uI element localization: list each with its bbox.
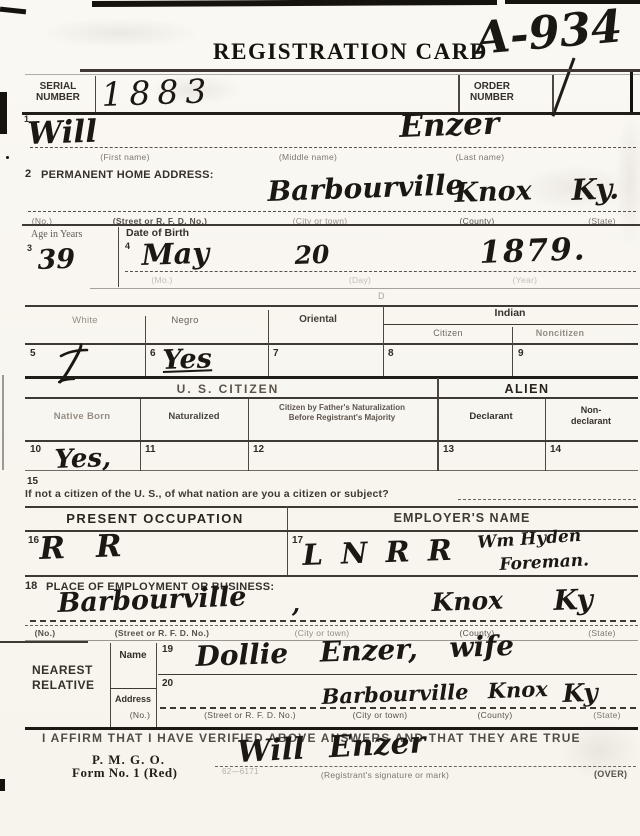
race-table-bottom-rule	[25, 376, 638, 379]
employment-separator-handwriting: ,	[291, 592, 300, 616]
scan-artifact-top-left-mark	[0, 7, 26, 15]
registrant-signature-handwriting: Will Enzer	[236, 728, 426, 768]
paper-smudge	[40, 18, 200, 48]
employment-street-label: (Street or R. F. D. No.)	[115, 629, 210, 638]
employment-writing-line-1	[30, 620, 636, 622]
rule-under-age-row	[90, 288, 640, 289]
nation-question-writing-line	[458, 499, 636, 500]
relative-cell-19-number: 19	[162, 645, 173, 655]
citizenship-header-underline	[25, 397, 638, 399]
race-cell-7-number: 7	[273, 349, 279, 359]
oriental-column-header: Oriental	[299, 314, 337, 325]
birth-year-handwriting: 1879.	[479, 234, 587, 269]
home-address-county-handwriting: Knox	[454, 177, 532, 207]
native-born-cell-handwriting: Yes,	[54, 445, 111, 473]
negro-column-header: Negro	[171, 316, 198, 326]
page-title: REGISTRATION CARD	[213, 39, 488, 64]
nation-question-text: If not a citizen of the U. S., of what n…	[25, 489, 389, 501]
employer-note-name-handwriting: Wm Hyden	[477, 528, 582, 552]
scan-artifact-left-line	[2, 375, 4, 470]
indian-noncitizen-header: Noncitizen	[536, 329, 585, 338]
rule-under-title	[80, 69, 640, 72]
scan-artifact-dot	[6, 156, 9, 159]
citizenship-cell-14-number: 14	[550, 445, 561, 455]
scan-artifact-right-line	[630, 72, 633, 114]
citizenship-divider-2	[248, 399, 249, 471]
relative-cell-20-number: 20	[162, 679, 173, 689]
relative-city-label: (City or town)	[353, 711, 408, 720]
relative-address-handwriting: Barbourville Knox	[321, 678, 548, 707]
form-number-label: Form No. 1 (Red)	[72, 766, 177, 780]
serial-number-value: 1883	[101, 74, 214, 111]
age-in-years-label: Age in Years	[31, 229, 82, 240]
us-citizen-header: U. S. CITIZEN	[177, 383, 280, 396]
serial-box-divider	[95, 76, 96, 112]
home-address-city-handwriting: Barbourville	[267, 171, 464, 206]
employer-handwriting: L N R R	[302, 536, 456, 570]
item-15-number: 15	[27, 477, 38, 487]
employment-state-label: (State)	[588, 629, 616, 638]
father-naturalization-header: Citizen by Father's NaturalizationBefore…	[279, 403, 405, 423]
nearest-relative-heading: NEARESTRELATIVE	[32, 663, 94, 693]
indian-citizen-header: Citizen	[433, 329, 463, 338]
citizenship-cell-13-number: 13	[443, 445, 454, 455]
citizenship-cell-12-number: 12	[253, 445, 264, 455]
last-name-label: (Last name)	[456, 153, 505, 162]
over-label: (OVER)	[594, 770, 627, 779]
indian-column-header: Indian	[495, 308, 526, 320]
occupation-employer-divider	[287, 506, 288, 575]
employment-state-handwriting: Ky	[553, 586, 593, 615]
home-address-writing-line	[28, 211, 636, 212]
signature-label: (Registrant's signature or mark)	[321, 771, 449, 780]
race-divider-2	[268, 310, 269, 376]
first-name-label: (First name)	[100, 153, 149, 162]
middle-name-label: (Middle name)	[279, 153, 337, 162]
stamp-descender-stroke	[551, 57, 575, 116]
name-writing-line	[30, 147, 636, 148]
citizenship-cell-10-number: 10	[30, 445, 41, 455]
item-3-number: 3	[27, 244, 32, 253]
native-born-header: Native Born	[54, 412, 111, 422]
declarant-header: Declarant	[469, 412, 512, 422]
registration-card: REGISTRATION CARD A-934 SERIALNUMBER 188…	[0, 0, 640, 836]
relative-street-label: (Street or R. F. D. No.)	[204, 711, 296, 720]
item-18-number: 18	[25, 581, 37, 592]
relative-divider-2	[156, 643, 157, 728]
relative-county-label: (County)	[478, 711, 513, 720]
relative-divider-1	[110, 643, 111, 728]
citizenship-divider-3	[545, 399, 546, 471]
scan-artifact-left-blob	[0, 92, 7, 134]
race-divider-1	[145, 316, 146, 376]
dob-month-label: (Mo.)	[151, 276, 172, 285]
permanent-home-address-label: PERMANENT HOME ADDRESS:	[41, 169, 214, 181]
race-table-top-rule	[25, 305, 638, 307]
relative-address-writing-line	[160, 707, 636, 709]
race-header-underline	[25, 343, 638, 345]
dob-year-label: (Year)	[513, 276, 538, 285]
race-cell-5-number: 5	[30, 349, 36, 359]
dob-writing-line	[125, 271, 636, 272]
item-2-number: 2	[25, 169, 31, 180]
citizenship-divider-1	[140, 399, 141, 471]
present-occupation-header: PRESENT OCCUPATION	[66, 512, 243, 526]
home-address-state-handwriting: Ky.	[571, 174, 620, 205]
rule-under-serial-row	[22, 112, 640, 115]
race-header-remnant: D	[378, 292, 385, 301]
relative-address-label: Address	[115, 695, 151, 705]
age-dob-divider	[118, 227, 119, 287]
employment-writing-line-2	[25, 625, 638, 626]
race-cell-8-number: 8	[388, 349, 394, 359]
employment-county-handwriting: Knox	[431, 588, 503, 615]
order-box-right-divider	[552, 75, 554, 112]
birth-month-handwriting: May	[141, 239, 210, 270]
citizenship-cell-11-number: 11	[145, 445, 156, 455]
race-cell-9-number: 9	[518, 349, 524, 359]
scan-artifact-bottom-left-dot	[0, 779, 5, 791]
last-name-handwriting: Enzer	[399, 109, 500, 143]
order-number-label: ORDERNUMBER	[470, 81, 514, 103]
age-handwriting: 39	[37, 246, 75, 274]
race-cell-6-number: 6	[150, 349, 156, 359]
occupation-table-bottom-rule	[25, 575, 638, 577]
birth-day-handwriting: 20	[294, 242, 330, 268]
relative-label-divider	[110, 688, 156, 689]
scan-artifact-top-bar	[92, 0, 497, 7]
employer-note-title-handwriting: Foreman.	[499, 552, 589, 574]
employment-city-handwriting: Barbourville	[57, 583, 247, 617]
rule-under-employment-left	[0, 641, 88, 643]
relative-name-handwriting: Dollie Enzer, wife	[195, 632, 514, 671]
stamp-number: A-934	[473, 3, 624, 61]
nondeclarant-header: Non-declarant	[571, 405, 611, 427]
relative-name-writing-line	[158, 674, 637, 675]
employers-name-header: EMPLOYER'S NAME	[394, 512, 531, 526]
rule-under-address-row	[22, 224, 640, 226]
relative-no-label: (No.)	[130, 711, 150, 720]
citizenship-bottom-rule	[25, 470, 638, 471]
dob-day-label: (Day)	[349, 276, 371, 285]
citizenship-subheader-underline	[25, 440, 638, 442]
item-4-number: 4	[125, 242, 130, 251]
occupation-cell-16-number: 16	[28, 536, 39, 546]
race-divider-3	[383, 306, 384, 376]
citizen-alien-divider	[437, 378, 439, 471]
relative-name-label: Name	[119, 650, 146, 661]
negro-cell-handwriting: Yes	[162, 345, 212, 374]
race-divider-4	[512, 327, 513, 376]
relative-address-state-handwriting: Ky	[562, 680, 598, 706]
alien-header: ALIEN	[505, 383, 550, 397]
relative-state-label: (State)	[593, 711, 621, 720]
employment-no-label: (No.)	[35, 629, 56, 638]
occupation-table-top-rule	[25, 506, 638, 508]
indian-header-underline	[383, 324, 638, 325]
white-column-header: White	[72, 316, 98, 326]
occupation-handwriting: R R	[39, 531, 132, 565]
signature-writing-line	[215, 766, 636, 767]
naturalized-header: Naturalized	[168, 412, 219, 422]
first-name-handwriting: Will	[27, 117, 98, 150]
serial-number-label: SERIALNUMBER	[36, 81, 80, 103]
